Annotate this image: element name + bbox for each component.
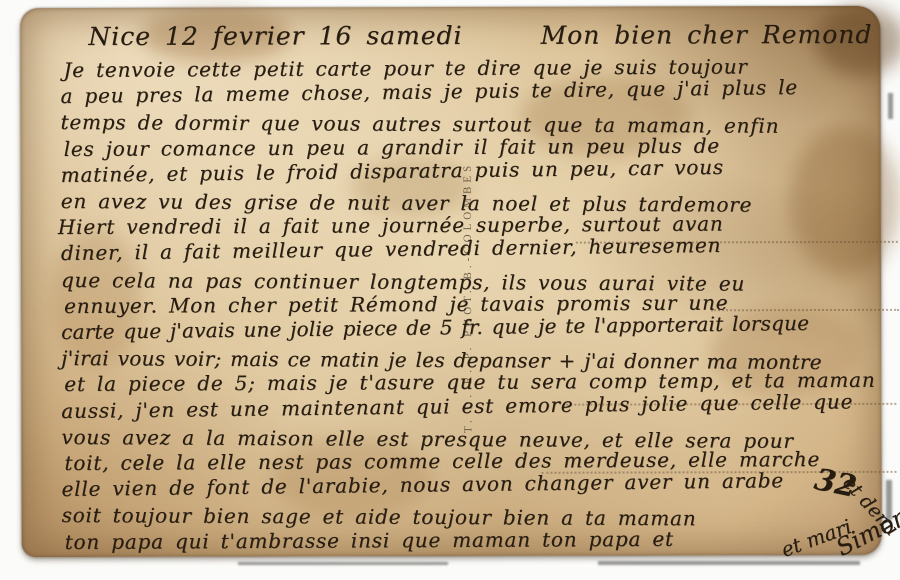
scan-smudge [598, 561, 860, 565]
scan-smudge [888, 93, 893, 119]
handwriting-line: ton papa qui t'ambrasse insi que maman t… [65, 524, 881, 554]
postcard-scan: T. D. R. P. PHOT. B.-COLOMBES Nice 12 fe… [20, 6, 881, 557]
dateline: Nice 12 fevrier 16 samedi [88, 21, 462, 51]
handwritten-letter-body: Nice 12 fevrier 16 samedi Mon bien cher … [60, 18, 877, 555]
letter-heading: Nice 12 fevrier 16 samedi Mon bien cher … [88, 20, 876, 51]
salutation: Mon bien cher Remond [541, 20, 873, 50]
scan-smudge [238, 562, 448, 565]
